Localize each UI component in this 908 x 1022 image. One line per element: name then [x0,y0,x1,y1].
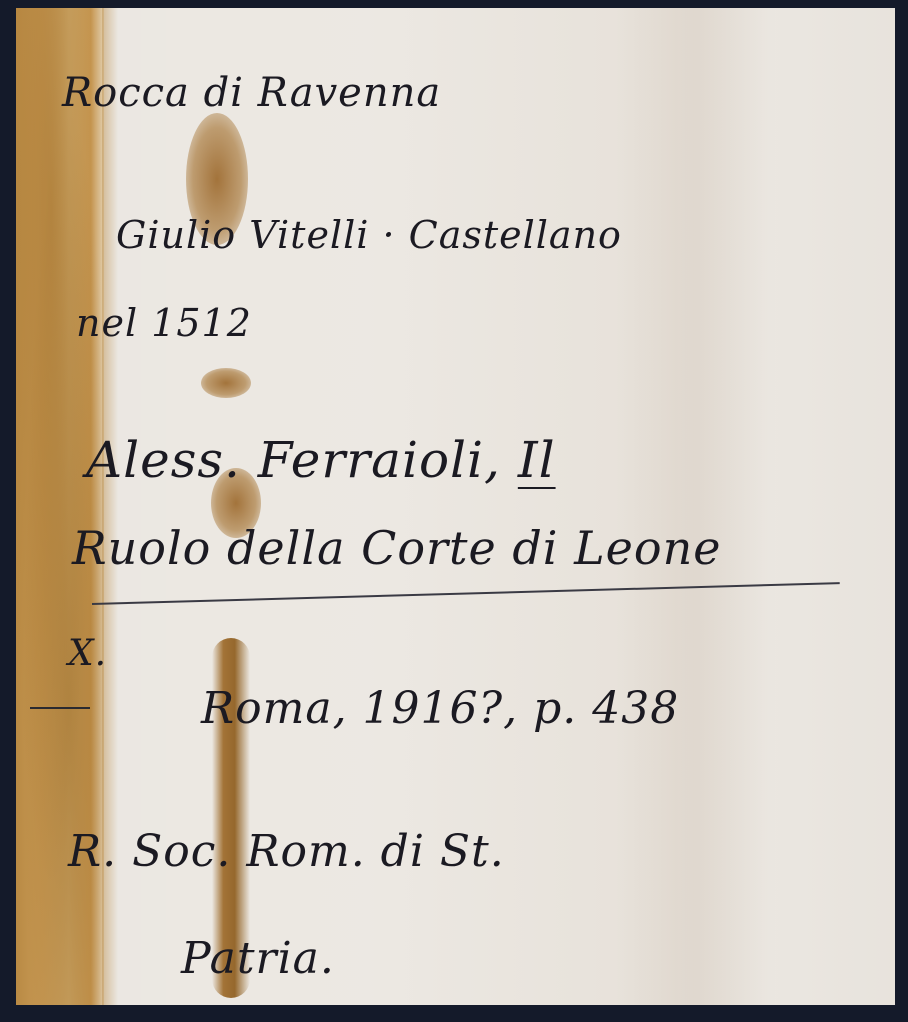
margin-dash [30,707,90,709]
text-line: Giulio Vitelli · Castellano [116,213,622,257]
society-line: R. Soc. Rom. di St. [68,826,505,877]
society-line-continued: Patria. [181,933,335,984]
title-start-underlined: Il [518,431,556,489]
author-text: Aless. Ferraioli, [86,431,518,489]
citation-title-line: Ruolo della Corte di Leone [72,521,721,575]
text-line: nel 1512 [76,301,252,345]
citation-author-line: Aless. Ferraioli, Il [86,431,556,489]
heading-line: Rocca di Ravenna [62,70,441,116]
publication-line: Roma, 1916?, p. 438 [201,683,679,734]
stain-spot [201,368,251,398]
note-card: Rocca di Ravenna Giulio Vitelli · Castel… [16,8,895,1005]
text-line: X. [68,633,107,674]
faint-discoloration [616,8,776,1005]
